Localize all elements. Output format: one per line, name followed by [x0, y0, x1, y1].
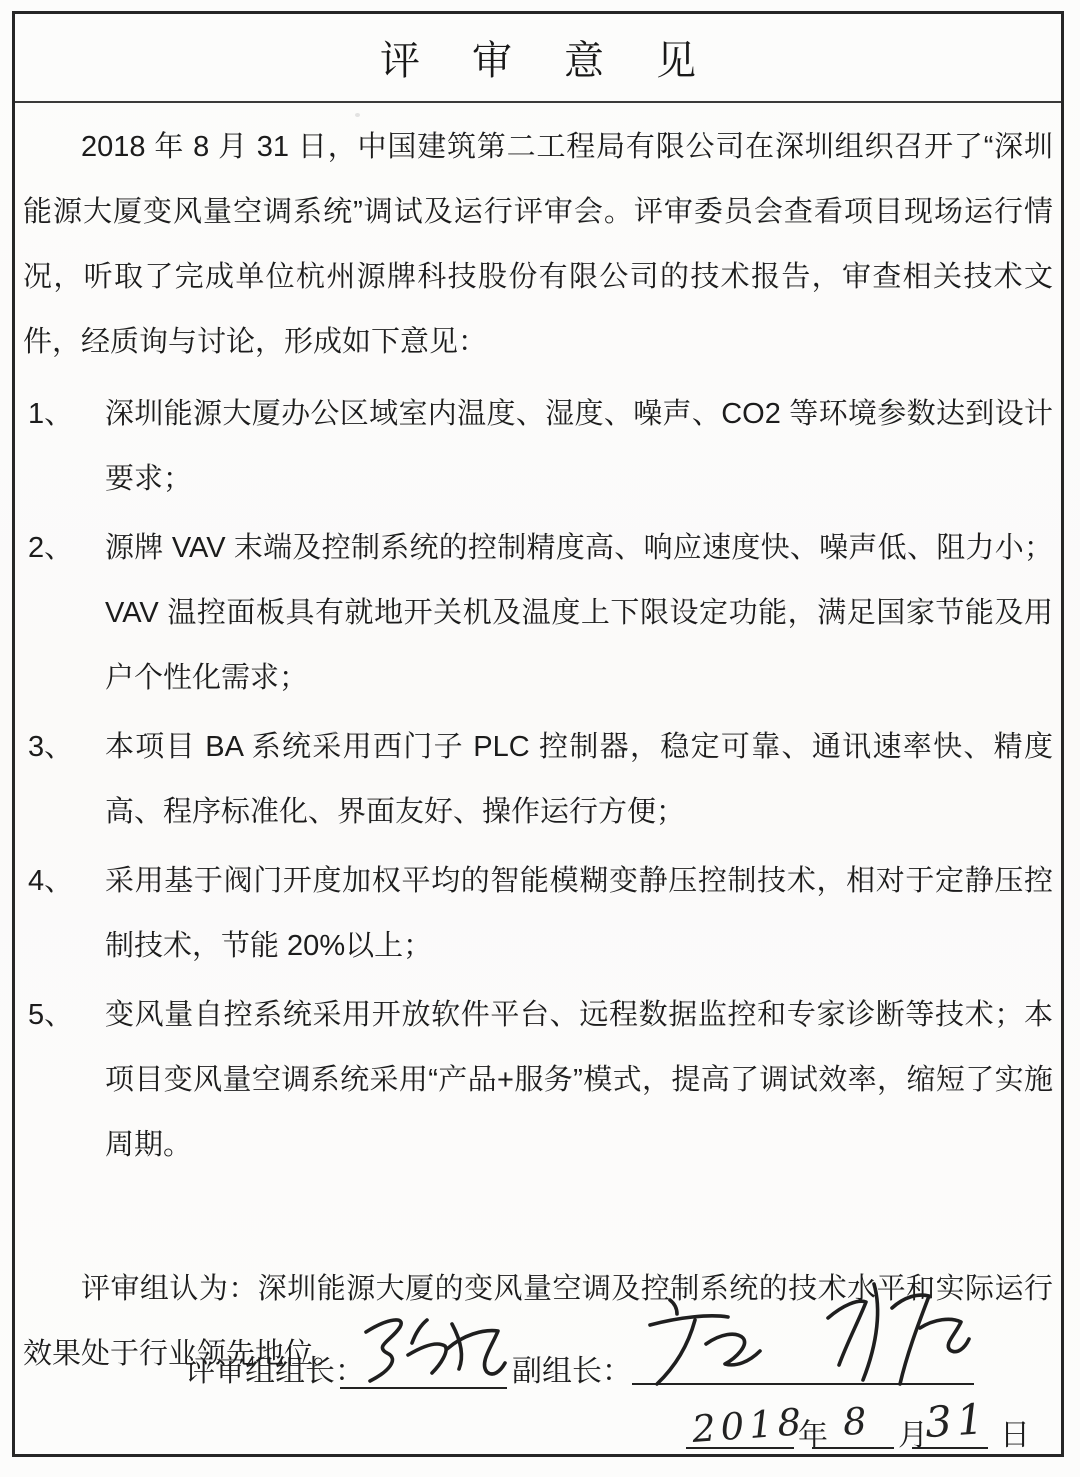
intro-paragraph: 2018 年 8 月 31 日，中国建筑第二工程局有限公司在深圳组织召开了“深圳… [23, 115, 1053, 375]
scan-speck [332, 731, 336, 735]
handwritten-day: 31 [923, 1394, 990, 1447]
review-leader-label: 评审组组长： [185, 1346, 365, 1390]
deputy-signature-2 [800, 1278, 975, 1397]
opinion-item: 1、 深圳能源大厦办公区域室内温度、湿度、噪声、CO2 等环境参数达到设计要求； [23, 382, 1053, 512]
opinion-number: 1、 [23, 382, 105, 512]
opinion-number: 4、 [23, 849, 105, 979]
opinion-item: 3、 本项目 BA 系统采用西门子 PLC 控制器，稳定可靠、通讯速率快、精度高… [23, 715, 1053, 845]
opinion-item: 2、 源牌 VAV 末端及控制系统的控制精度高、响应速度快、噪声低、阻力小；VA… [23, 516, 1053, 711]
opinion-text: 源牌 VAV 末端及控制系统的控制精度高、响应速度快、噪声低、阻力小；VAV 温… [105, 516, 1053, 711]
opinion-text: 变风量自控系统采用开放软件平台、远程数据监控和专家诊断等技术；本项目变风量空调系… [105, 983, 1053, 1178]
page-title: 评审意见 [328, 29, 748, 86]
day-unit-label: 日 [1000, 1410, 1030, 1454]
handwritten-month: 8 [842, 1399, 873, 1444]
leader-signature [348, 1302, 508, 1395]
scan-speck [355, 113, 360, 117]
opinion-list: 1、 深圳能源大厦办公区域室内温度、湿度、噪声、CO2 等环境参数达到设计要求；… [23, 382, 1053, 1178]
opinion-text: 本项目 BA 系统采用西门子 PLC 控制器，稳定可靠、通讯速率快、精度高、程序… [105, 715, 1053, 845]
opinion-item: 4、 采用基于阀门开度加权平均的智能模糊变静压控制技术，相对于定静压控制技术，节… [23, 849, 1053, 979]
title-section: 评审意见 [15, 14, 1061, 103]
opinion-number: 3、 [23, 715, 105, 845]
opinion-number: 5、 [23, 983, 105, 1178]
document-border: 评审意见 2018 年 8 月 31 日，中国建筑第二工程局有限公司在深圳组织召… [12, 11, 1064, 1457]
opinion-item: 5、 变风量自控系统采用开放软件平台、远程数据监控和专家诊断等技术；本项目变风量… [23, 983, 1053, 1178]
deputy-signature-1 [640, 1292, 785, 1393]
opinion-text: 采用基于阀门开度加权平均的智能模糊变静压控制技术，相对于定静压控制技术，节能 2… [105, 849, 1053, 979]
opinion-text: 深圳能源大厦办公区域室内温度、湿度、噪声、CO2 等环境参数达到设计要求； [105, 382, 1053, 512]
handwritten-year: 2018 [691, 1400, 808, 1451]
document-body: 2018 年 8 月 31 日，中国建筑第二工程局有限公司在深圳组织召开了“深圳… [23, 105, 1053, 1387]
opinion-number: 2、 [23, 516, 105, 711]
deputy-leader-label: 副组长： [512, 1346, 632, 1390]
scanned-review-document: 评审意见 2018 年 8 月 31 日，中国建筑第二工程局有限公司在深圳组织召… [0, 0, 1080, 1477]
